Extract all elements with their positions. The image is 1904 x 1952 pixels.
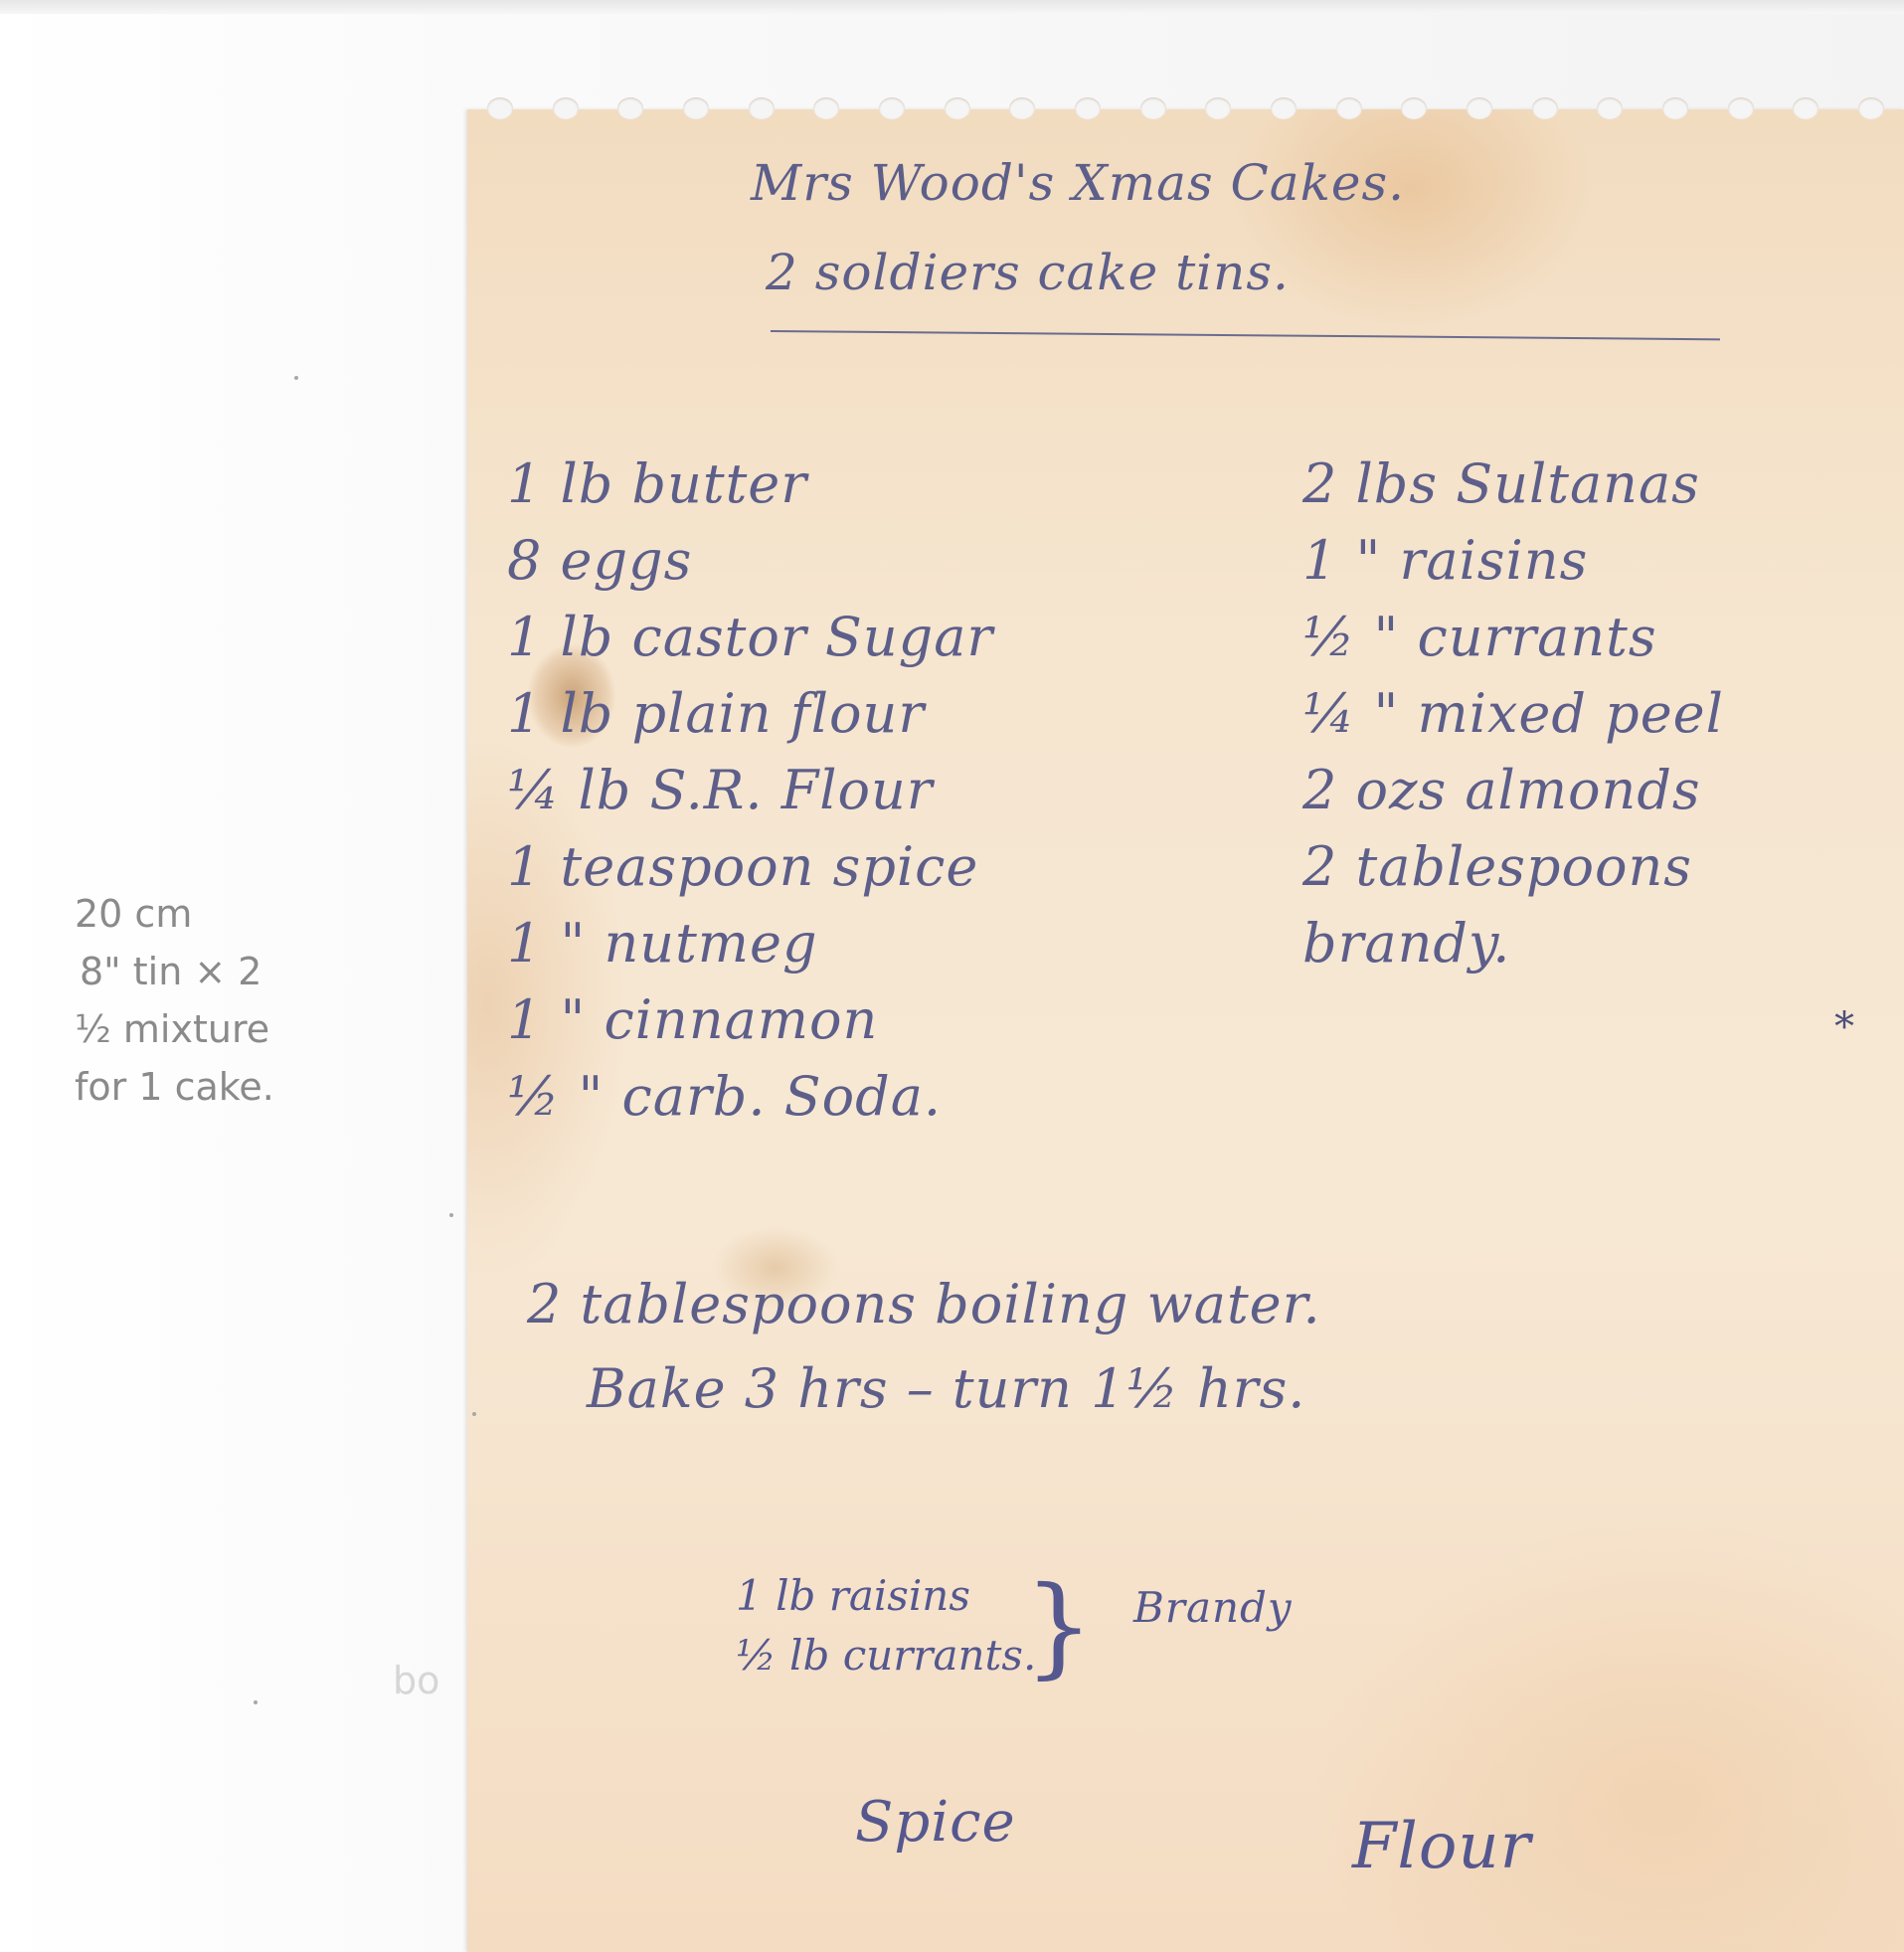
ingredient-line: 1 lb plain flour — [507, 675, 993, 752]
ingredients-right-column: 2 lbs Sultanas 1 " raisins ½ " currants … — [1302, 445, 1724, 981]
ingredient-line: 2 ozs almonds — [1302, 752, 1724, 828]
speck — [449, 1213, 453, 1217]
margin-note-line: for 1 cake. — [75, 1058, 274, 1116]
ingredient-line: 2 lbs Sultanas — [1302, 445, 1724, 522]
ingredient-line: 1 teaspoon spice — [507, 828, 993, 905]
asterisk-mark: * — [1834, 1004, 1855, 1050]
later-notes: 1 lb raisins ½ lb currants. — [736, 1566, 1036, 1686]
speck — [254, 1700, 258, 1704]
note-line: ½ lb currants. — [736, 1626, 1036, 1686]
ingredients-left-column: 1 lb butter 8 eggs 1 lb castor Sugar 1 l… — [507, 445, 993, 1135]
note-line: 1 lb raisins — [736, 1566, 1036, 1626]
ingredient-line: brandy. — [1302, 905, 1724, 981]
brace-mark: } — [1024, 1571, 1094, 1681]
pencil-margin-note: 20 cm 8" tin × 2 ½ mixture for 1 cake. — [75, 885, 274, 1116]
ingredient-line: ½ " currants — [1302, 599, 1724, 675]
speck — [294, 376, 298, 380]
recipe-title: Mrs Wood's Xmas Cakes. — [751, 154, 1405, 212]
recipe-subtitle: 2 soldiers cake tins. — [766, 244, 1290, 301]
speck — [472, 1412, 476, 1416]
scan-top-edge — [0, 0, 1904, 14]
ingredient-line: 1 " cinnamon — [507, 981, 993, 1058]
torn-perforated-edge — [467, 86, 1904, 131]
boiling-water-line: 2 tablespoons boiling water. — [527, 1273, 1321, 1335]
ingredient-line: 1 " raisins — [1302, 522, 1724, 599]
ingredient-line: 2 tablespoons — [1302, 828, 1724, 905]
ingredient-line: ½ " carb. Soda. — [507, 1058, 993, 1135]
ingredient-line: 1 " nutmeg — [507, 905, 993, 981]
ingredient-line: 8 eggs — [507, 522, 993, 599]
faint-show-through-text: bo — [393, 1659, 439, 1702]
brandy-note: Brandy — [1133, 1583, 1293, 1632]
margin-note-line: 8" tin × 2 — [75, 943, 274, 1000]
flour-note: Flour — [1352, 1810, 1531, 1883]
margin-note-line: 20 cm — [75, 885, 274, 943]
baking-instruction: Bake 3 hrs – turn 1½ hrs. — [587, 1357, 1305, 1420]
ingredient-line: 1 lb butter — [507, 445, 993, 522]
ingredient-line: ¼ lb S.R. Flour — [507, 752, 993, 828]
ingredient-line: ¼ " mixed peel — [1302, 675, 1724, 752]
ingredient-line: 1 lb castor Sugar — [507, 599, 993, 675]
spice-note: Spice — [855, 1790, 1016, 1855]
margin-note-line: ½ mixture — [75, 1000, 274, 1058]
